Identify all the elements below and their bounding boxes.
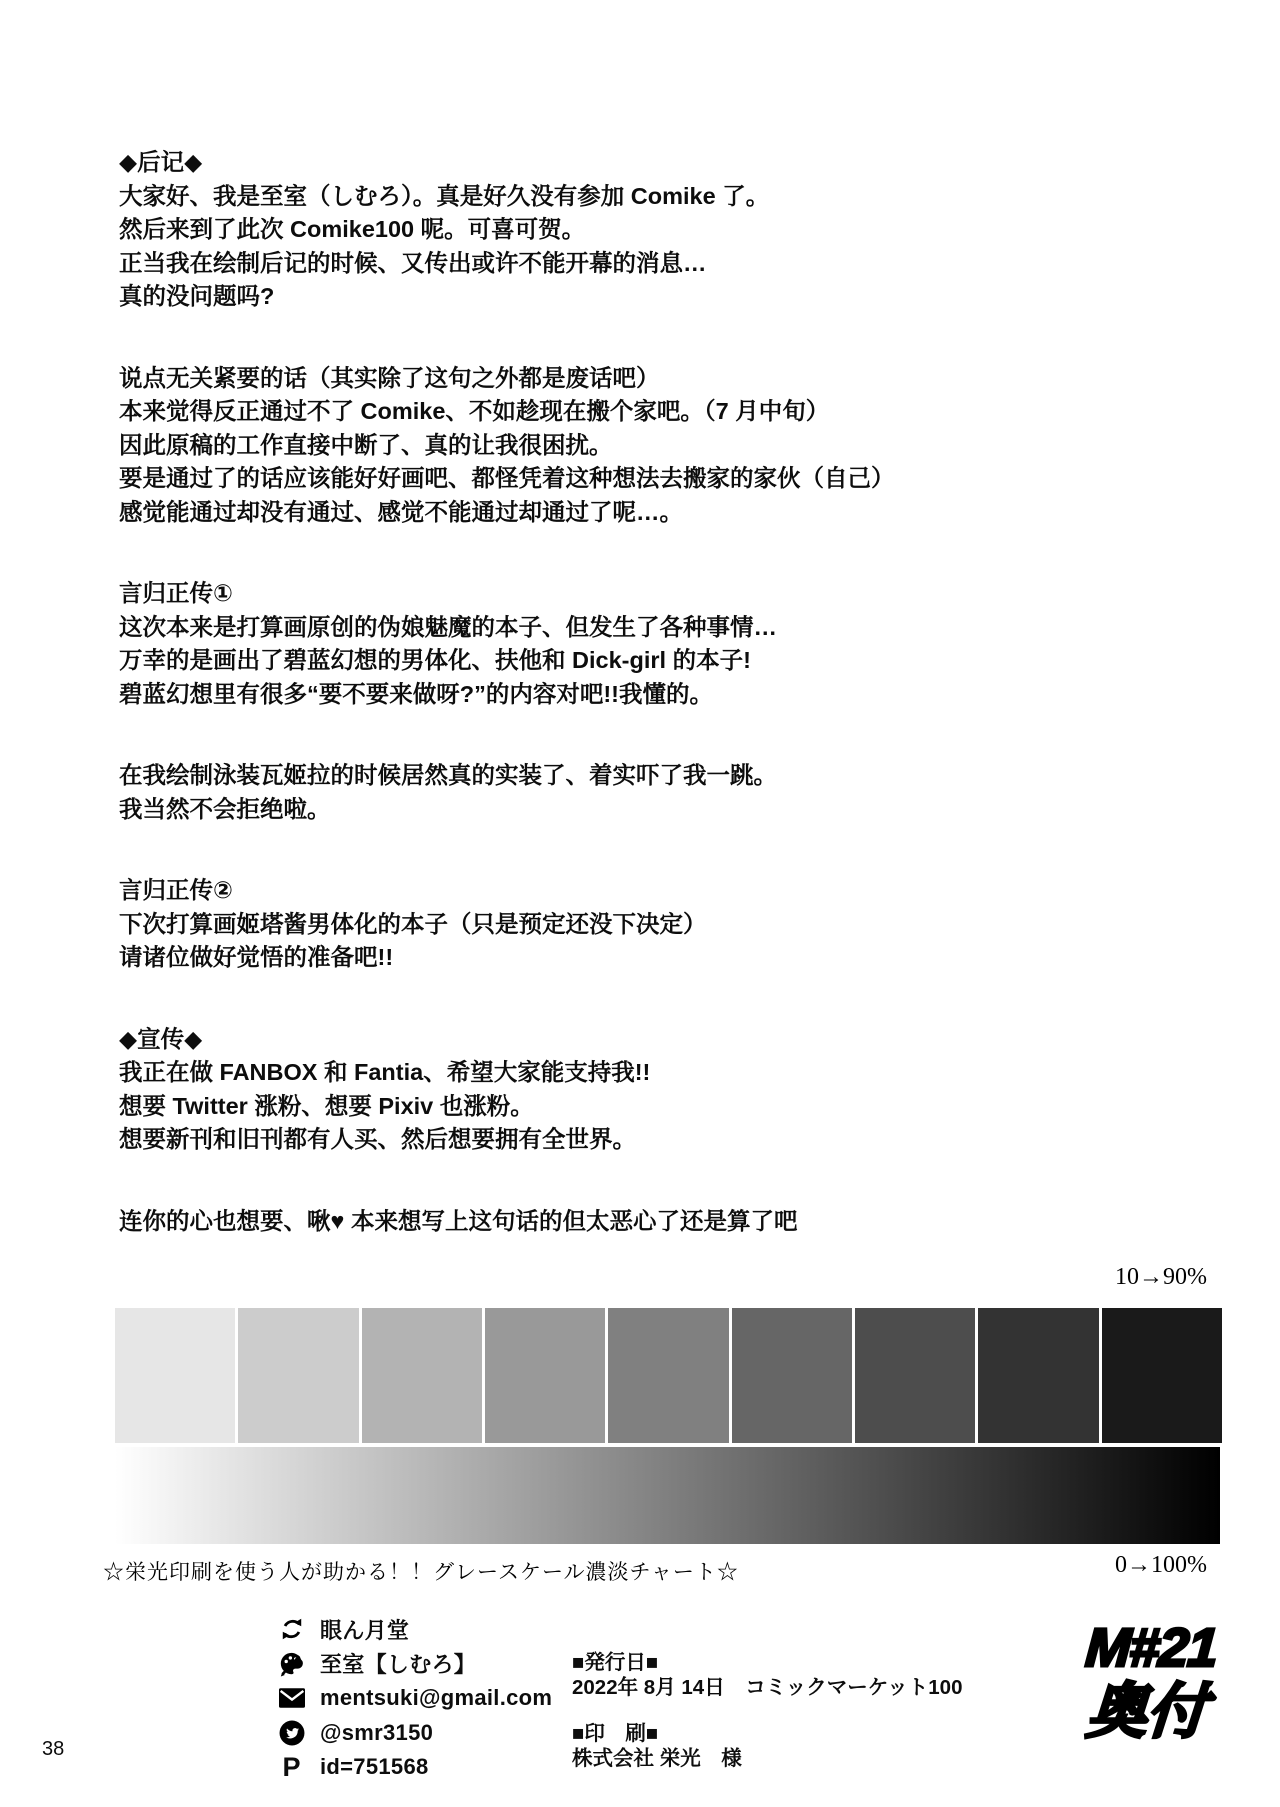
printer-heading: ■印 刷■ (572, 1721, 962, 1746)
afterword-line: 因此原稿的工作直接中断了、真的让我很困扰。 (119, 429, 1199, 463)
grayscale-step-90 (1102, 1308, 1222, 1443)
contact-row-email: mentsuki@gmail.com (278, 1681, 552, 1716)
logo-okuzuke-text: 奥付 (1052, 1678, 1243, 1746)
afterword-line: 我正在做 FANBOX 和 Fantia、希望大家能支持我!! (119, 1056, 1199, 1090)
grayscale-steps-range-label: 10→90% (1115, 1264, 1207, 1291)
afterword-section: ◆后记◆大家好、我是至室（しむろ）。真是好久没有参加 Comike 了。然后来到… (119, 146, 1199, 314)
afterword-line: 在我绘制泳装瓦姬拉的时候居然真的实装了、着实吓了我一跳。 (119, 759, 1199, 793)
contact-row-circle: 眼ん月堂 (278, 1612, 552, 1647)
palette-icon (278, 1650, 305, 1677)
page-number: 38 (42, 1738, 64, 1761)
contact-row-artist: 至室【しむろ】 (278, 1647, 552, 1682)
afterword-line: 请诸位做好觉悟的准备吧!! (119, 941, 1199, 975)
afterword-line: 下次打算画姬塔酱男体化的本子（只是预定还没下决定） (119, 908, 1199, 942)
afterword-line: 想要 Twitter 涨粉、想要 Pixiv 也涨粉。 (119, 1090, 1199, 1124)
circle-contact-list: 眼ん月堂 至室【しむろ】 men (278, 1612, 552, 1785)
publication-date-value: 2022年 8月 14日 コミックマーケット100 (572, 1675, 962, 1700)
afterword-line: 连你的心也想要、啾♥ 本来想写上这句话的但太恶心了还是算了吧 (119, 1205, 1199, 1239)
logo-event-code: M#21 (1056, 1618, 1246, 1678)
afterword-section-heading: 言归正传② (119, 874, 1199, 908)
grayscale-step-10 (115, 1308, 235, 1443)
grayscale-step-chart (115, 1308, 1222, 1443)
publication-date-heading: ■発行日■ (572, 1650, 962, 1675)
afterword-section-heading: 言归正传① (119, 577, 1199, 611)
afterword-line: 然后来到了此次 Comike100 呢。可喜可贺。 (119, 213, 1199, 247)
publication-date-group: ■発行日■ 2022年 8月 14日 コミックマーケット100 (572, 1650, 962, 1700)
circle-arrows-icon (278, 1616, 305, 1643)
afterword-section: 在我绘制泳装瓦姬拉的时候居然真的实装了、着实吓了我一跳。我当然不会拒绝啦。 (119, 759, 1199, 826)
afterword-line: 大家好、我是至室（しむろ）。真是好久没有参加 Comike 了。 (119, 180, 1199, 214)
afterword-page: ◆后记◆大家好、我是至室（しむろ）。真是好久没有参加 Comike 了。然后来到… (0, 0, 1280, 1807)
grayscale-gradient-bar (115, 1447, 1220, 1544)
afterword-line: 说点无关紧要的话（其实除了这句之外都是废话吧） (119, 362, 1199, 396)
grayscale-chart-caption: ☆栄光印刷を使う人が助かる！！グレースケール濃淡チャート☆ (103, 1556, 739, 1586)
grayscale-step-80 (978, 1308, 1098, 1443)
grayscale-gradient-range-label: 0→100% (1115, 1552, 1207, 1579)
grayscale-step-30 (362, 1308, 482, 1443)
afterword-line: 本来觉得反正通过不了 Comike、不如趁现在搬个家吧。（7 月中旬） (119, 395, 1199, 429)
afterword-line: 正当我在绘制后记的时候、又传出或许不能开幕的消息… (119, 247, 1199, 281)
publication-info: ■発行日■ 2022年 8月 14日 コミックマーケット100 ■印 刷■ 株式… (572, 1650, 962, 1792)
afterword-section: 言归正传①这次本来是打算画原创的伪娘魅魔的本子、但发生了各种事情…万幸的是画出了… (119, 577, 1199, 711)
circle-name: 眼ん月堂 (320, 1614, 409, 1645)
grayscale-step-60 (732, 1308, 852, 1443)
afterword-line: 感觉能通过却没有通过、感觉不能通过却通过了呢…。 (119, 496, 1199, 530)
printer-value: 株式会社 栄光 様 (572, 1746, 962, 1771)
afterword-section-heading: ◆宣传◆ (119, 1023, 1199, 1057)
afterword-line: 真的没问题吗? (119, 280, 1199, 314)
afterword-line: 万幸的是画出了碧蓝幻想的男体化、扶他和 Dick-girl 的本子! (119, 644, 1199, 678)
afterword-text-block: ◆后记◆大家好、我是至室（しむろ）。真是好久没有参加 Comike 了。然后来到… (119, 146, 1199, 1286)
pixiv-icon: P (278, 1754, 305, 1781)
artist-name: 至室【しむろ】 (320, 1648, 476, 1679)
grayscale-step-50 (608, 1308, 728, 1443)
m21-okuzuke-logo: M#21 奥付 (1052, 1618, 1247, 1746)
mail-icon (278, 1685, 305, 1712)
afterword-line: 想要新刊和旧刊都有人买、然后想要拥有全世界。 (119, 1123, 1199, 1157)
afterword-line: 要是通过了的话应该能好好画吧、都怪凭着这种想法去搬家的家伙（自己） (119, 462, 1199, 496)
afterword-line: 这次本来是打算画原创的伪娘魅魔的本子、但发生了各种事情… (119, 611, 1199, 645)
contact-row-twitter: @smr3150 (278, 1716, 552, 1751)
grayscale-step-70 (855, 1308, 975, 1443)
afterword-section: 说点无关紧要的话（其实除了这句之外都是废话吧）本来觉得反正通过不了 Comike… (119, 362, 1199, 530)
grayscale-step-40 (485, 1308, 605, 1443)
afterword-line: 碧蓝幻想里有很多“要不要来做呀?”的内容对吧!!我懂的。 (119, 678, 1199, 712)
afterword-section: 言归正传②下次打算画姬塔酱男体化的本子（只是预定还没下决定）请诸位做好觉悟的准备… (119, 874, 1199, 975)
twitter-handle: @smr3150 (320, 1720, 433, 1746)
printer-group: ■印 刷■ 株式会社 栄光 様 (572, 1721, 962, 1771)
afterword-section: 连你的心也想要、啾♥ 本来想写上这句话的但太恶心了还是算了吧 (119, 1205, 1199, 1239)
afterword-section-heading: ◆后记◆ (119, 146, 1199, 180)
afterword-section: ◆宣传◆我正在做 FANBOX 和 Fantia、希望大家能支持我!!想要 Tw… (119, 1023, 1199, 1157)
contact-row-pixiv: P id=751568 (278, 1750, 552, 1785)
twitter-icon (278, 1719, 305, 1746)
email-address: mentsuki@gmail.com (320, 1685, 552, 1711)
pixiv-id: id=751568 (320, 1754, 429, 1780)
afterword-line: 我当然不会拒绝啦。 (119, 793, 1199, 827)
grayscale-step-20 (238, 1308, 358, 1443)
